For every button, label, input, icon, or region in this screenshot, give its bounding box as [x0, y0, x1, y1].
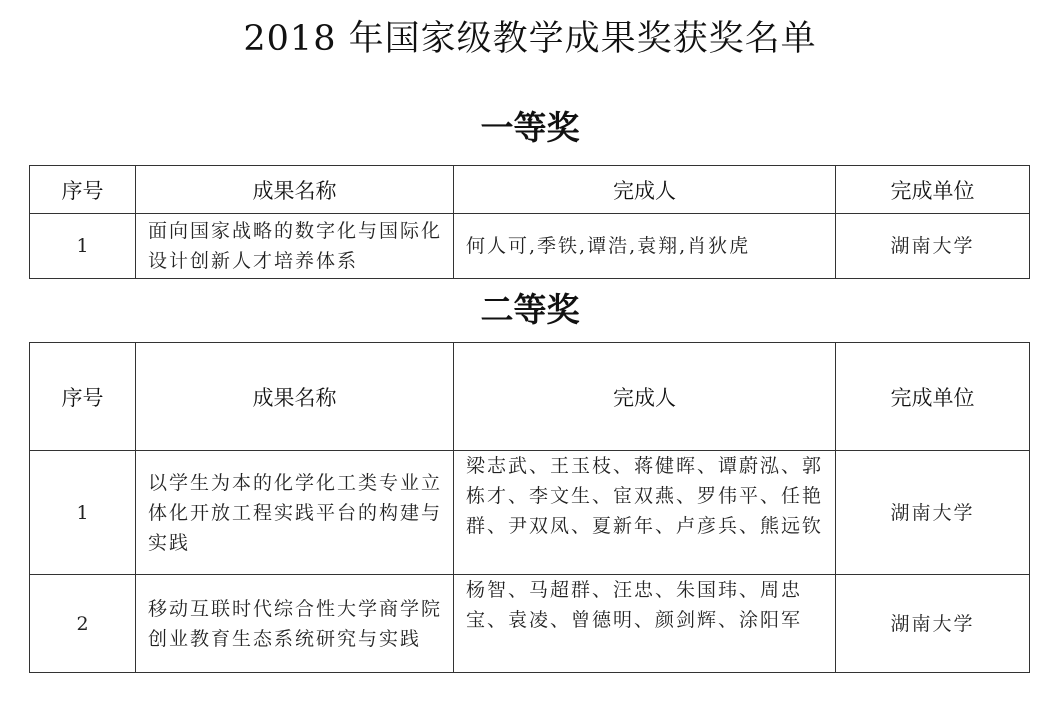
table-row: 2 移动互联时代综合性大学商学院创业教育生态系统研究与实践 杨智、马超群、汪忠、… — [30, 575, 1030, 673]
table-header-row: 序号 成果名称 完成人 完成单位 — [30, 166, 1030, 214]
column-header-no: 序号 — [30, 166, 136, 214]
column-header-unit: 完成单位 — [836, 343, 1030, 451]
cell-unit: 湖南大学 — [836, 451, 1030, 575]
cell-no: 1 — [30, 451, 136, 575]
first-prize-table: 序号 成果名称 完成人 完成单位 1 面向国家战略的数字化与国际化设计创新人才培… — [29, 165, 1030, 279]
column-header-people: 完成人 — [454, 343, 836, 451]
column-header-people: 完成人 — [454, 166, 836, 214]
cell-no: 1 — [30, 214, 136, 279]
cell-people: 何人可,季铁,谭浩,袁翔,肖狄虎 — [454, 214, 836, 279]
cell-title: 面向国家战略的数字化与国际化设计创新人才培养体系 — [136, 214, 454, 279]
column-header-title: 成果名称 — [136, 343, 454, 451]
cell-unit: 湖南大学 — [836, 214, 1030, 279]
table-row: 1 以学生为本的化学化工类专业立体化开放工程实践平台的构建与实践 梁志武、王玉枝… — [30, 451, 1030, 575]
section-heading-second-prize: 二等奖 — [0, 288, 1060, 332]
cell-title: 以学生为本的化学化工类专业立体化开放工程实践平台的构建与实践 — [136, 451, 454, 575]
table-header-row: 序号 成果名称 完成人 完成单位 — [30, 343, 1030, 451]
cell-people: 梁志武、王玉枝、蒋健晖、谭蔚泓、郭栋才、李文生、宦双燕、罗伟平、任艳群、尹双凤、… — [454, 451, 836, 575]
column-header-title: 成果名称 — [136, 166, 454, 214]
cell-unit: 湖南大学 — [836, 575, 1030, 673]
cell-people: 杨智、马超群、汪忠、朱国玮、周忠宝、袁凌、曾德明、颜剑辉、涂阳军 — [454, 575, 836, 673]
second-prize-table: 序号 成果名称 完成人 完成单位 1 以学生为本的化学化工类专业立体化开放工程实… — [29, 342, 1030, 673]
cell-no: 2 — [30, 575, 136, 673]
table-row: 1 面向国家战略的数字化与国际化设计创新人才培养体系 何人可,季铁,谭浩,袁翔,… — [30, 214, 1030, 279]
column-header-no: 序号 — [30, 343, 136, 451]
document-title: 2018 年国家级教学成果奖获奖名单 — [0, 14, 1060, 64]
column-header-unit: 完成单位 — [836, 166, 1030, 214]
cell-title: 移动互联时代综合性大学商学院创业教育生态系统研究与实践 — [136, 575, 454, 673]
section-heading-first-prize: 一等奖 — [0, 106, 1060, 150]
